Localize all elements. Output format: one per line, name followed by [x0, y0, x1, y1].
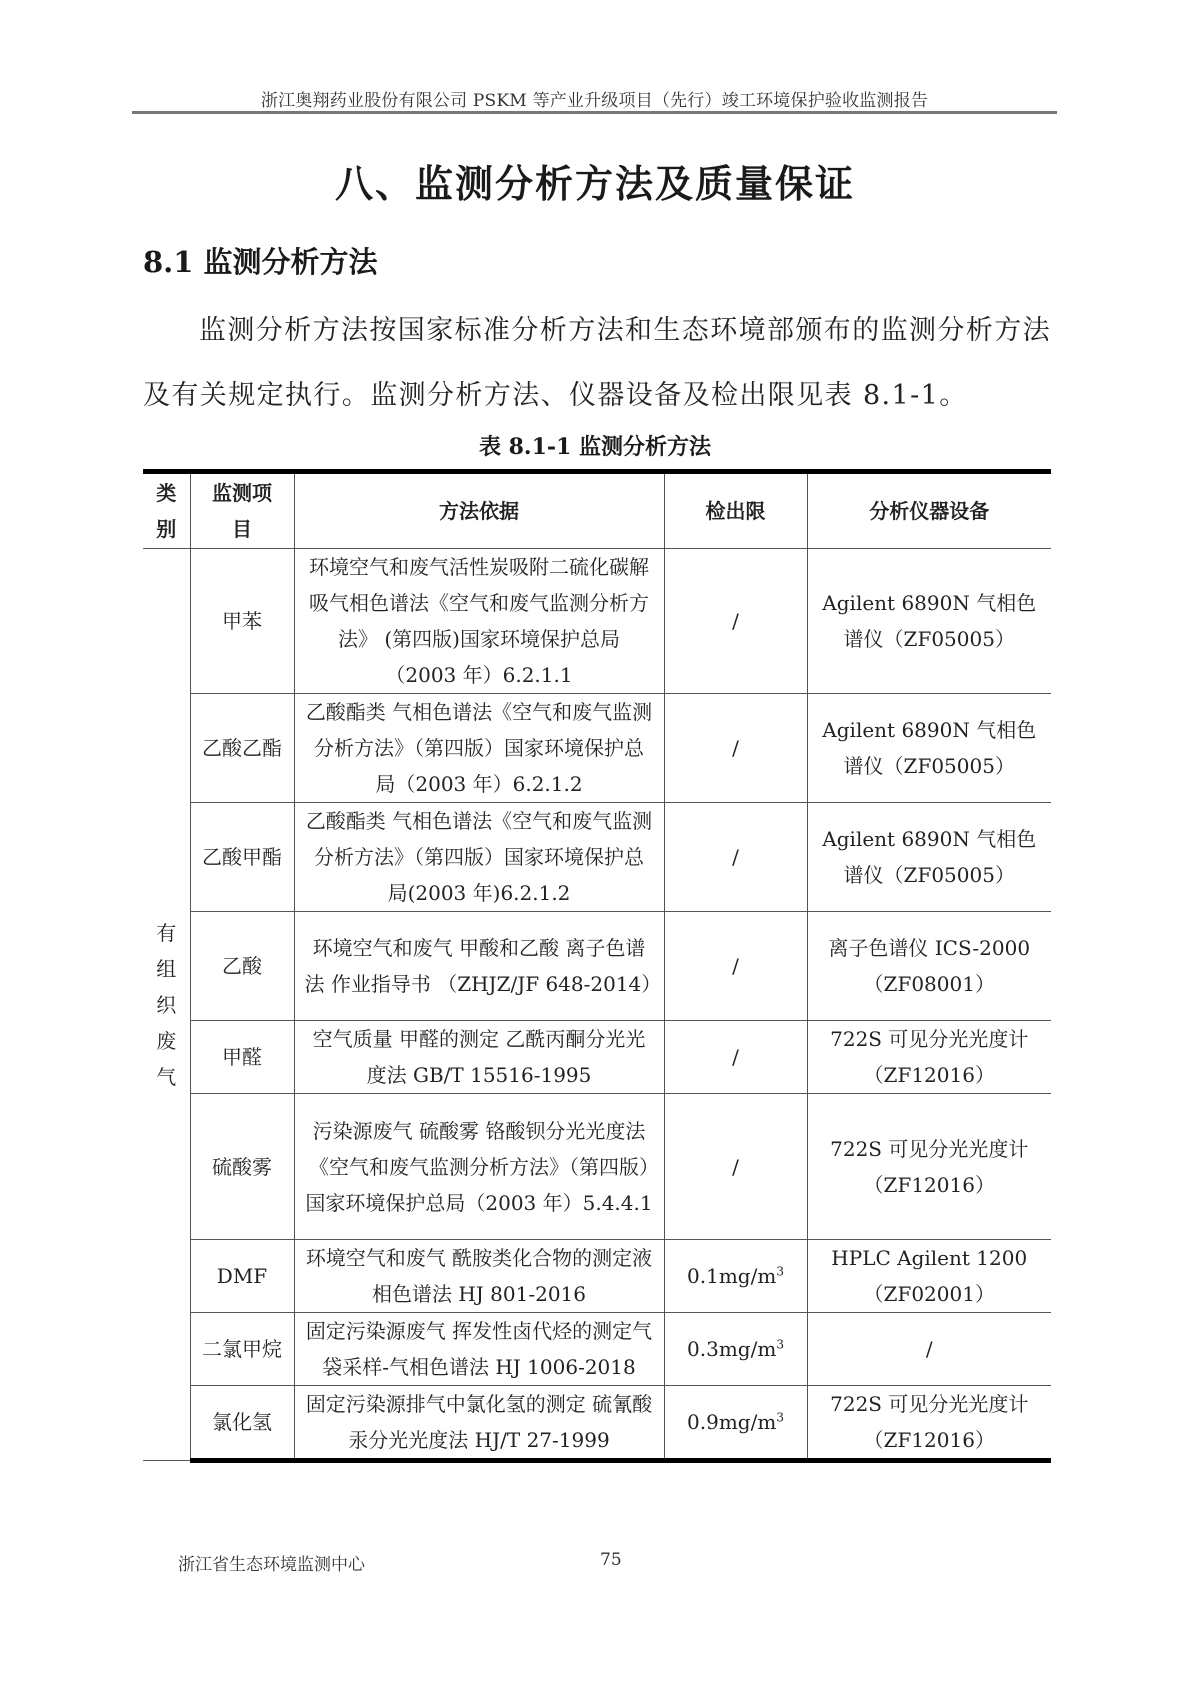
body-paragraph-line-1: 监测分析方法按国家标准分析方法和生态环境部颁布的监测分析方法	[143, 308, 1053, 347]
table-row: DMF 环境空气和废气 酰胺类化合物的测定液相色谱法 HJ 801-2016 0…	[143, 1240, 1051, 1313]
cell-limit: /	[664, 549, 807, 694]
header-item: 监测项目	[190, 472, 294, 549]
cell-method: 环境空气和废气活性炭吸附二硫化碳解吸气相色谱法《空气和废气监测分析方法》 (第四…	[294, 549, 664, 694]
cell-item: 甲苯	[190, 549, 294, 694]
cell-limit: /	[664, 1094, 807, 1240]
cell-method: 乙酸酯类 气相色谱法《空气和废气监测分析方法》（第四版）国家环境保护总局(200…	[294, 803, 664, 912]
cell-method: 空气质量 甲醛的测定 乙酰丙酮分光光度法 GB/T 15516-1995	[294, 1021, 664, 1094]
category-cell: 有 组 织 废 气	[143, 549, 190, 1461]
cell-item: 二氯甲烷	[190, 1313, 294, 1386]
section-heading: 8.1 监测分析方法	[143, 240, 378, 281]
cell-method: 固定污染源废气 挥发性卤代烃的测定气袋采样-气相色谱法 HJ 1006-2018	[294, 1313, 664, 1386]
cell-instrument: /	[807, 1313, 1051, 1386]
methods-table: 类 别 监测项目 方法依据 检出限 分析仪器设备 有 组 织 废 气 甲苯 环境…	[143, 469, 1051, 1463]
cell-method: 环境空气和废气 甲酸和乙酸 离子色谱法 作业指导书 （ZHJZ/JF 648-2…	[294, 912, 664, 1021]
cell-limit: /	[664, 912, 807, 1021]
cell-instrument: 722S 可见分光光度计（ZF12016）	[807, 1386, 1051, 1461]
table-header-row: 类 别 监测项目 方法依据 检出限 分析仪器设备	[143, 472, 1051, 549]
table-row: 有 组 织 废 气 甲苯 环境空气和废气活性炭吸附二硫化碳解吸气相色谱法《空气和…	[143, 549, 1051, 694]
cell-method: 固定污染源排气中氯化氢的测定 硫氰酸汞分光光度法 HJ/T 27-1999	[294, 1386, 664, 1461]
cell-limit: /	[664, 694, 807, 803]
header-instrument: 分析仪器设备	[807, 472, 1051, 549]
cell-item: 硫酸雾	[190, 1094, 294, 1240]
cell-item: 乙酸	[190, 912, 294, 1021]
running-header: 浙江奥翔药业股份有限公司 PSKM 等产业升级项目（先行）竣工环境保护验收监测报…	[132, 86, 1057, 111]
table-row: 乙酸乙酯 乙酸酯类 气相色谱法《空气和废气监测分析方法》（第四版）国家环境保护总…	[143, 694, 1051, 803]
table-row: 二氯甲烷 固定污染源废气 挥发性卤代烃的测定气袋采样-气相色谱法 HJ 1006…	[143, 1313, 1051, 1386]
table-row: 硫酸雾 污染源废气 硫酸雾 铬酸钡分光光度法《空气和废气监测分析方法》（第四版）…	[143, 1094, 1051, 1240]
cell-instrument: Agilent 6890N 气相色谱仪（ZF05005）	[807, 694, 1051, 803]
header-rule	[132, 111, 1057, 114]
body-paragraph-line-2: 及有关规定执行。监测分析方法、仪器设备及检出限见表 8.1-1。	[143, 373, 1053, 412]
cell-instrument: 722S 可见分光光度计（ZF12016）	[807, 1094, 1051, 1240]
cell-item: 氯化氢	[190, 1386, 294, 1461]
cell-item: 乙酸乙酯	[190, 694, 294, 803]
cell-method: 乙酸酯类 气相色谱法《空气和废气监测分析方法》（第四版）国家环境保护总局（200…	[294, 694, 664, 803]
cell-instrument: Agilent 6890N 气相色谱仪（ZF05005）	[807, 549, 1051, 694]
table-row: 乙酸 环境空气和废气 甲酸和乙酸 离子色谱法 作业指导书 （ZHJZ/JF 64…	[143, 912, 1051, 1021]
cell-instrument: 722S 可见分光光度计（ZF12016）	[807, 1021, 1051, 1094]
header-category: 类 别	[143, 472, 190, 549]
cell-instrument: Agilent 6890N 气相色谱仪（ZF05005）	[807, 803, 1051, 912]
cell-method: 污染源废气 硫酸雾 铬酸钡分光光度法《空气和废气监测分析方法》（第四版）国家环境…	[294, 1094, 664, 1240]
header-method: 方法依据	[294, 472, 664, 549]
chapter-title: 八、监测分析方法及质量保证	[0, 153, 1190, 208]
cell-item: DMF	[190, 1240, 294, 1313]
cell-limit: /	[664, 1021, 807, 1094]
cell-instrument: 离子色谱仪 ICS-2000（ZF08001）	[807, 912, 1051, 1021]
table-row: 甲醛 空气质量 甲醛的测定 乙酰丙酮分光光度法 GB/T 15516-1995 …	[143, 1021, 1051, 1094]
page-number: 75	[600, 1550, 622, 1570]
footer-organization: 浙江省生态环境监测中心	[178, 1550, 365, 1575]
cell-item: 甲醛	[190, 1021, 294, 1094]
cell-limit: 0.9mg/m3	[664, 1386, 807, 1461]
cell-method: 环境空气和废气 酰胺类化合物的测定液相色谱法 HJ 801-2016	[294, 1240, 664, 1313]
table-row: 氯化氢 固定污染源排气中氯化氢的测定 硫氰酸汞分光光度法 HJ/T 27-199…	[143, 1386, 1051, 1461]
table-row: 乙酸甲酯 乙酸酯类 气相色谱法《空气和废气监测分析方法》（第四版）国家环境保护总…	[143, 803, 1051, 912]
cell-item: 乙酸甲酯	[190, 803, 294, 912]
cell-limit: /	[664, 803, 807, 912]
cell-instrument: HPLC Agilent 1200（ZF02001）	[807, 1240, 1051, 1313]
table-caption: 表 8.1-1 监测分析方法	[0, 430, 1190, 461]
header-limit: 检出限	[664, 472, 807, 549]
cell-limit: 0.3mg/m3	[664, 1313, 807, 1386]
cell-limit: 0.1mg/m3	[664, 1240, 807, 1313]
